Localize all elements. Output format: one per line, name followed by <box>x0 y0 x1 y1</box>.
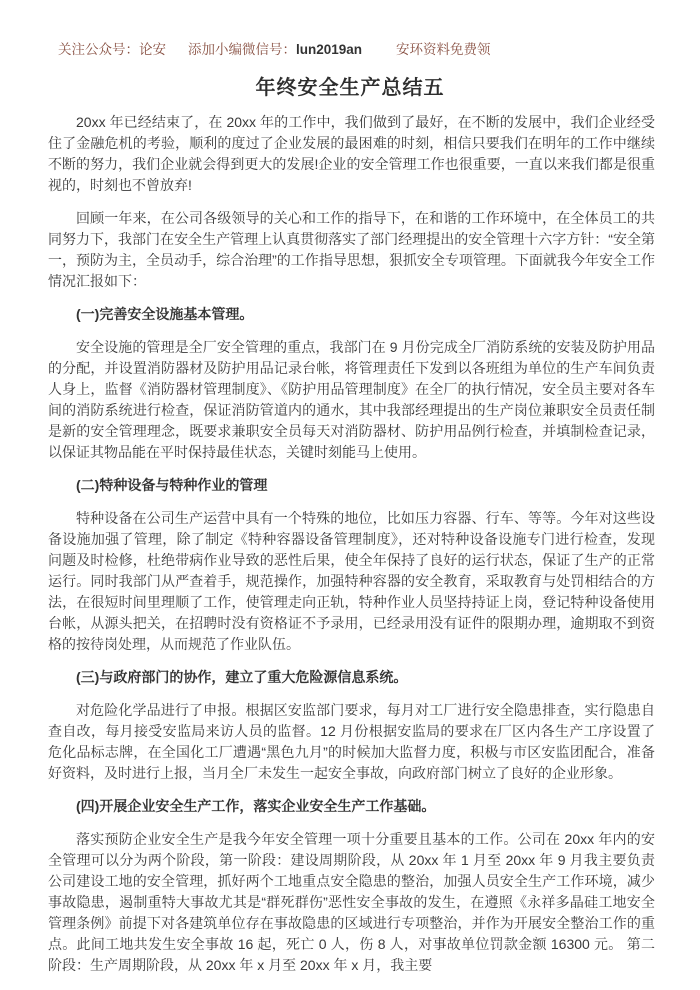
body-paragraph: 20xx 年已经结束了，在 20xx 年的工作中，我们做到了最好，在不断的发展中… <box>48 112 655 196</box>
section-heading-3: (三)与政府部门的协作，建立了重大危险源信息系统。 <box>48 667 655 688</box>
masthead-wechat-label: 添加小编微信号： <box>188 42 296 57</box>
body-paragraph: 安全设施的管理是全厂安全管理的重点，我部门在 9 月份完成全厂消防系统的安装及防… <box>48 337 655 463</box>
section-heading-4: (四)开展企业安全生产工作，落实企业安全生产工作基础。 <box>48 796 655 817</box>
body-paragraph: 回顾一年来，在公司各级领导的关心和工作的指导下，在和谐的工作环境中，在全体员工的… <box>48 208 655 292</box>
masthead-wechat-id: lun2019an <box>296 42 362 57</box>
masthead-follow-text: 关注公众号：论安 <box>58 42 166 57</box>
masthead: 关注公众号：论安添加小编微信号：lun2019an安环资料免费领 <box>0 0 700 58</box>
body-paragraph: 特种设备在公司生产运营中具有一个特殊的地位，比如压力容器、行车、等等。今年对这些… <box>48 508 655 655</box>
body-paragraph: 落实预防企业安全生产是我今年安全管理一项十分重要且基本的工作。公司在 20xx … <box>48 829 655 976</box>
document-body: 20xx 年已经结束了，在 20xx 年的工作中，我们做到了最好，在不断的发展中… <box>48 112 655 976</box>
section-heading-2: (二)特种设备与特种作业的管理 <box>48 475 655 496</box>
document-title: 年终安全生产总结五 <box>0 71 700 100</box>
body-paragraph: 对危险化学品进行了申报。根据区安监部门要求，每月对工厂进行安全隐患排查，实行隐患… <box>48 700 655 784</box>
masthead-free-text: 安环资料免费领 <box>396 42 491 57</box>
document-page: 关注公众号：论安添加小编微信号：lun2019an安环资料免费领 年终安全生产总… <box>0 0 700 990</box>
section-heading-1: (一)完善安全设施基本管理。 <box>48 304 655 325</box>
